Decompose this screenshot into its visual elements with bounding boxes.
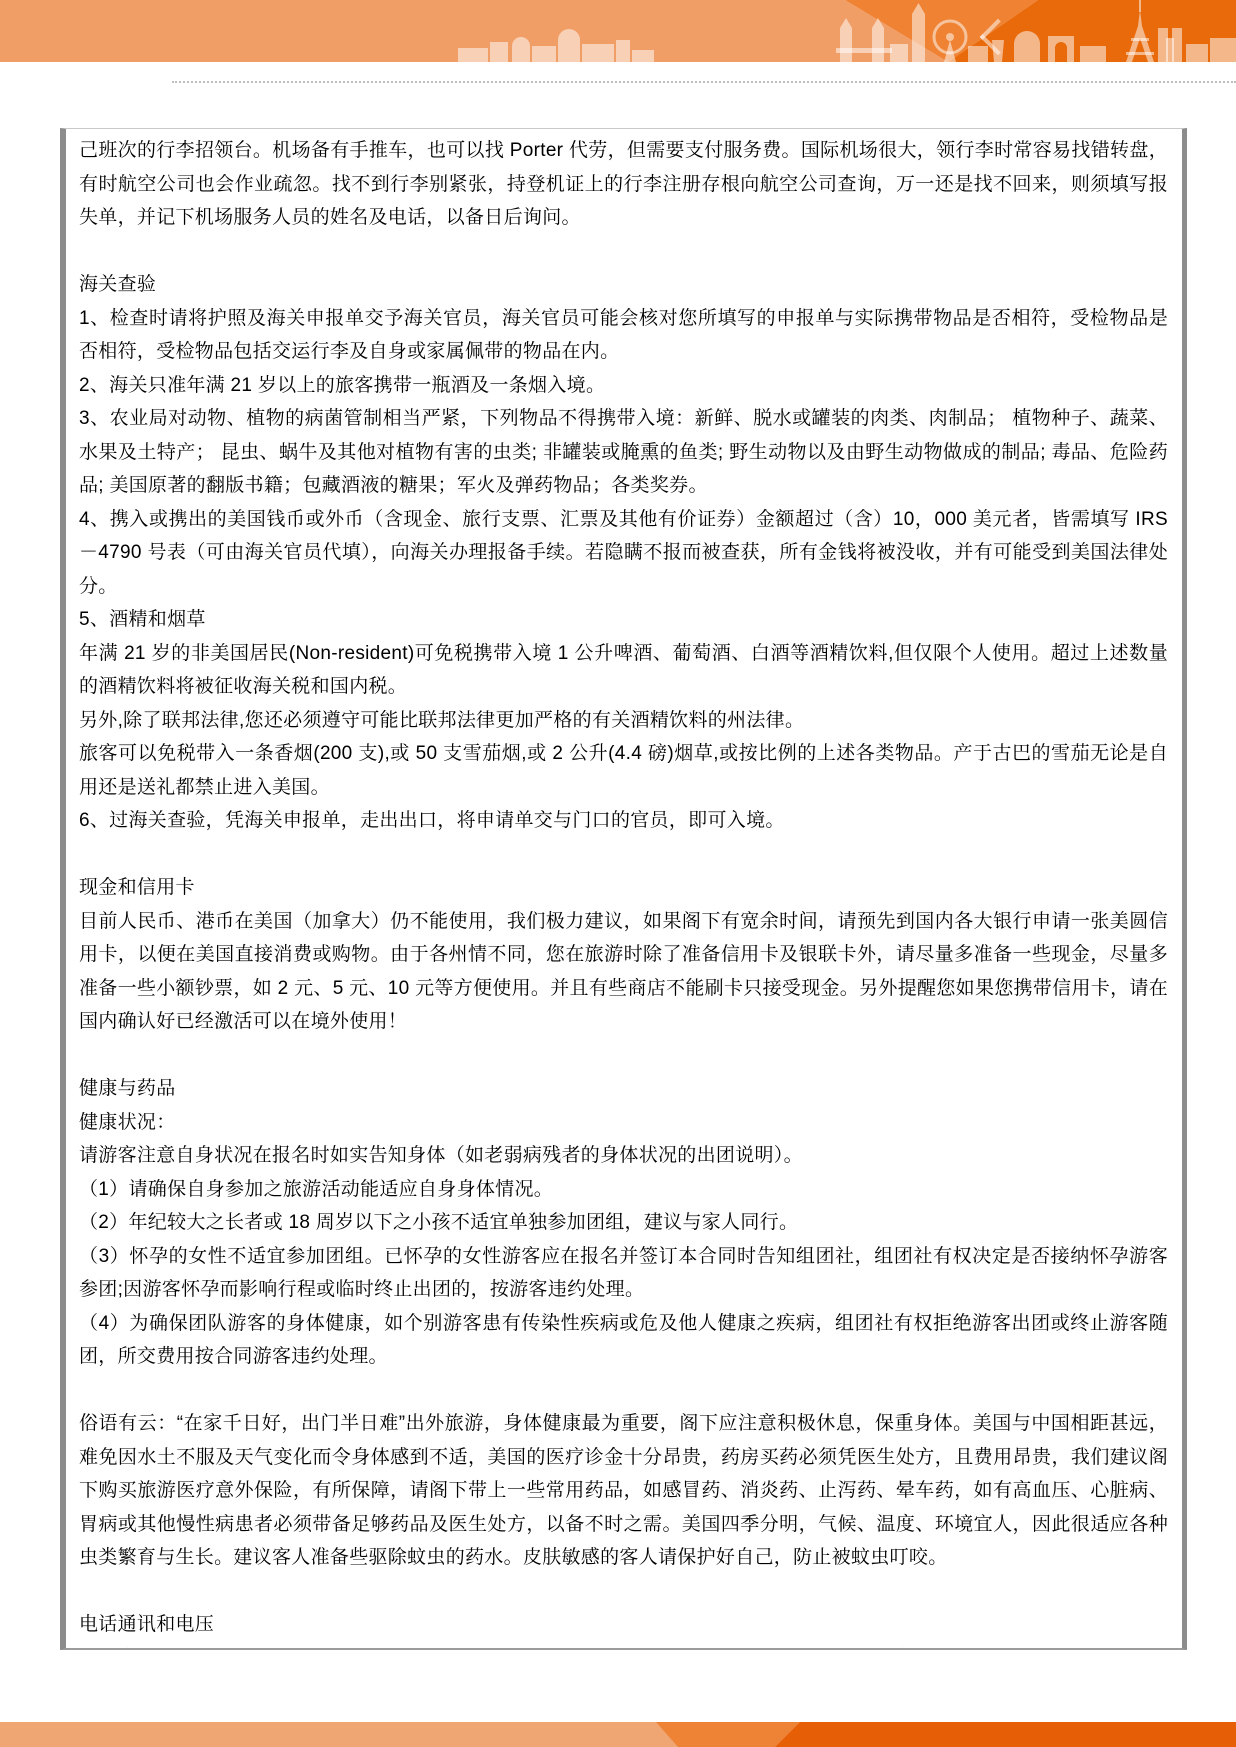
paragraph: 旅客可以免税带入一条香烟(200 支),或 50 支雪茄烟,或 2 公升(4.4… — [79, 737, 1168, 804]
paragraph: 请游客注意自身状况在报名时如实告知身体（如老弱病残者的身体状况的出团说明）。 — [79, 1139, 1168, 1173]
blank-line — [79, 1039, 1168, 1073]
section-heading: 现金和信用卡 — [79, 871, 1168, 905]
paragraph: （1）请确保自身参加之旅游活动能适应自身身体情况。 — [79, 1173, 1168, 1207]
section-heading: 健康状况： — [79, 1106, 1168, 1140]
document-body: 己班次的行李招领台。机场备有手推车，也可以找 Porter 代劳，但需要支付服务… — [60, 128, 1187, 1650]
paragraph: 年满 21 岁的非美国居民(Non-resident)可免税携带入境 1 公升啤… — [79, 637, 1168, 704]
document-page: 己班次的行李招领台。机场备有手推车，也可以找 Porter 代劳，但需要支付服务… — [0, 0, 1236, 1747]
section-heading: 海关查验 — [79, 268, 1168, 302]
paragraph: 4、携入或携出的美国钱币或外币（含现金、旅行支票、汇票及其他有价证券）金额超过（… — [79, 503, 1168, 604]
header-banner — [0, 0, 1236, 62]
paragraph: （2）年纪较大之长者或 18 周岁以下之小孩不适宜单独参加团组，建议与家人同行。 — [79, 1206, 1168, 1240]
dotted-divider — [172, 81, 1236, 83]
blank-line — [79, 1374, 1168, 1408]
paragraph: 另外,除了联邦法律,您还必须遵守可能比联邦法律更加严格的有关酒精饮料的州法律。 — [79, 704, 1168, 738]
paragraph: （3）怀孕的女性不适宜参加团组。已怀孕的女性游客应在报名并签订本合同时告知组团社… — [79, 1240, 1168, 1307]
paragraph: 5、酒精和烟草 — [79, 603, 1168, 637]
blank-line — [79, 235, 1168, 269]
paragraph: 2、海关只准年满 21 岁以上的旅客携带一瓶酒及一条烟入境。 — [79, 369, 1168, 403]
paragraph: 1、检查时请将护照及海关申报单交予海关官员，海关官员可能会核对您所填写的申报单与… — [79, 302, 1168, 369]
city-skyline-icon — [0, 0, 1236, 62]
paragraph: 目前人民币、港币在美国（加拿大）仍不能使用，我们极力建议，如果阁下有宽余时间，请… — [79, 905, 1168, 1039]
section-heading: 电话通讯和电压 — [79, 1608, 1168, 1642]
blank-line — [79, 1575, 1168, 1609]
paragraph: 中国全球通手机用户，开通了全球漫游业务，必须使用三频手机，到达美国（加拿大）后，… — [79, 1642, 1168, 1651]
section-heading: 健康与药品 — [79, 1072, 1168, 1106]
paragraph: 俗语有云：“在家千日好，出门半日难”出外旅游，身体健康最为重要，阁下应注意积极休… — [79, 1407, 1168, 1575]
footer-banner — [0, 1722, 1236, 1747]
paragraph: 己班次的行李招领台。机场备有手推车，也可以找 Porter 代劳，但需要支付服务… — [79, 134, 1168, 235]
paragraph: 6、过海关查验，凭海关申报单，走出出口，将申请单交与门口的官员，即可入境。 — [79, 804, 1168, 838]
blank-line — [79, 838, 1168, 872]
paragraph: 3、农业局对动物、植物的病菌管制相当严紧，下列物品不得携带入境：新鲜、脱水或罐装… — [79, 402, 1168, 503]
paragraph: （4）为确保团队游客的身体健康，如个别游客患有传染性疾病或危及他人健康之疾病，组… — [79, 1307, 1168, 1374]
